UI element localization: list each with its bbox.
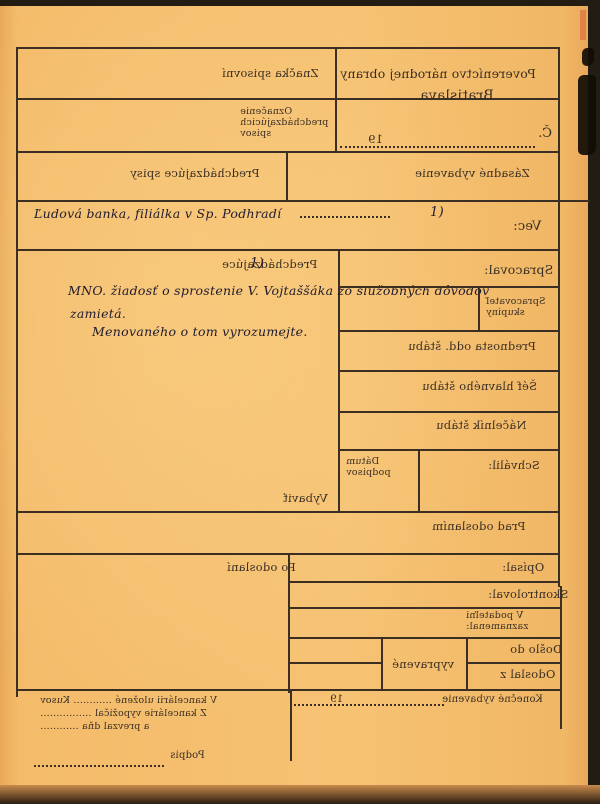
outgoing-label: Odoslal z bbox=[500, 667, 555, 681]
processed-label: Spracoval: bbox=[484, 262, 553, 277]
archive-line2: Z kancelárie vypožičal ................ bbox=[40, 708, 207, 719]
dispatch-top bbox=[16, 511, 558, 513]
dispatch-row5-left bbox=[288, 662, 381, 664]
frame-right-lower bbox=[560, 586, 562, 696]
dept-divider bbox=[478, 286, 480, 330]
right-row5 bbox=[340, 449, 558, 451]
send-label: Prad odoslaním bbox=[432, 519, 526, 533]
document-page: Značka spisovní Označenie predchádzajúci… bbox=[0, 6, 588, 796]
copied-label: Opísal: bbox=[502, 560, 544, 574]
office-name-line2: Bratislava bbox=[420, 88, 494, 104]
incoming-label: Došlo do bbox=[510, 642, 562, 656]
handwritten-line3: Menovaného o tom vyrozumejte. bbox=[92, 324, 308, 339]
registered-label: V podateľni zaznamenal: bbox=[466, 610, 556, 632]
subject-label: Vec: bbox=[513, 219, 541, 234]
summary-label: Predchádzajúce bbox=[222, 257, 317, 271]
frame-right bbox=[558, 47, 560, 587]
signature-dotted-line bbox=[34, 765, 164, 767]
vybavene-label: Vybaviť bbox=[283, 491, 328, 505]
body-top bbox=[16, 249, 558, 251]
handwritten-line2: zamietá. bbox=[70, 306, 126, 321]
date-label: Dátum podpisov bbox=[346, 456, 412, 478]
frame-left bbox=[16, 47, 18, 697]
frame-top bbox=[16, 47, 560, 49]
right-row4 bbox=[340, 411, 558, 413]
records-divider bbox=[286, 151, 288, 201]
processing-dept-label: Spracovateľ skupiny bbox=[486, 296, 554, 318]
approved-divider bbox=[418, 449, 420, 511]
page-bottom-shadow bbox=[0, 785, 600, 804]
sender-handwritten: Ľudová banka, filiálka v Sp. Podhradí bbox=[34, 206, 281, 221]
dispatch-row4 bbox=[288, 637, 560, 639]
year-prefix: 19 bbox=[368, 132, 383, 146]
number-dotted-line bbox=[340, 146, 535, 148]
footer-right bbox=[560, 689, 562, 729]
archive-line3: a prevzal dňa ............ bbox=[40, 721, 149, 732]
number-prefix: Č. bbox=[538, 126, 552, 141]
summary-number: 1) bbox=[250, 256, 264, 271]
dispatch-row2 bbox=[288, 581, 560, 583]
chief-label: Šéf hlavného štábu bbox=[422, 379, 537, 393]
binding-stain-top bbox=[582, 48, 594, 66]
sent-left bbox=[381, 637, 383, 689]
dispatch-divider bbox=[288, 553, 290, 693]
sender-number: 1) bbox=[430, 205, 444, 220]
dispatch-row3 bbox=[288, 607, 560, 609]
result-label: Konečné vybavenie bbox=[442, 694, 543, 705]
general-chief-label: Náčelník štábu bbox=[436, 418, 527, 432]
department-head-label: Prednosta odd. štábu bbox=[408, 339, 536, 353]
footer-divider bbox=[290, 689, 292, 761]
result-dotted-line bbox=[294, 704, 444, 706]
signature-label: Podpis bbox=[170, 750, 205, 761]
after-send-label: Po odoslaní bbox=[227, 560, 296, 574]
office-name-line1: Povereníctvo národnej obrany bbox=[340, 66, 536, 81]
previous-records-label: Predchádzajúce spisy bbox=[130, 166, 260, 180]
right-row3 bbox=[338, 370, 558, 372]
dispatch-bottom bbox=[16, 689, 560, 691]
approved-label: Schválil: bbox=[488, 458, 540, 472]
rust-mark bbox=[580, 10, 586, 40]
index-label: Značka spisovní bbox=[222, 66, 319, 80]
archive-line1: V kancelárii uložené ............ Kusov bbox=[40, 695, 217, 706]
sender-dotted-line bbox=[300, 216, 390, 218]
dispatch-row5-right bbox=[466, 662, 560, 664]
header-row2 bbox=[16, 151, 560, 153]
right-row1 bbox=[338, 286, 558, 288]
binding-stain bbox=[578, 75, 596, 155]
right-row2 bbox=[338, 330, 558, 332]
processing-label: Zásadné vybavenie bbox=[415, 166, 530, 180]
header-row3 bbox=[16, 200, 590, 202]
sent-label: vypravené bbox=[392, 657, 454, 671]
compared-label: Skontroloval: bbox=[488, 587, 568, 601]
previous-files-label: Označenie predchádzajúcich spisov bbox=[240, 106, 330, 139]
